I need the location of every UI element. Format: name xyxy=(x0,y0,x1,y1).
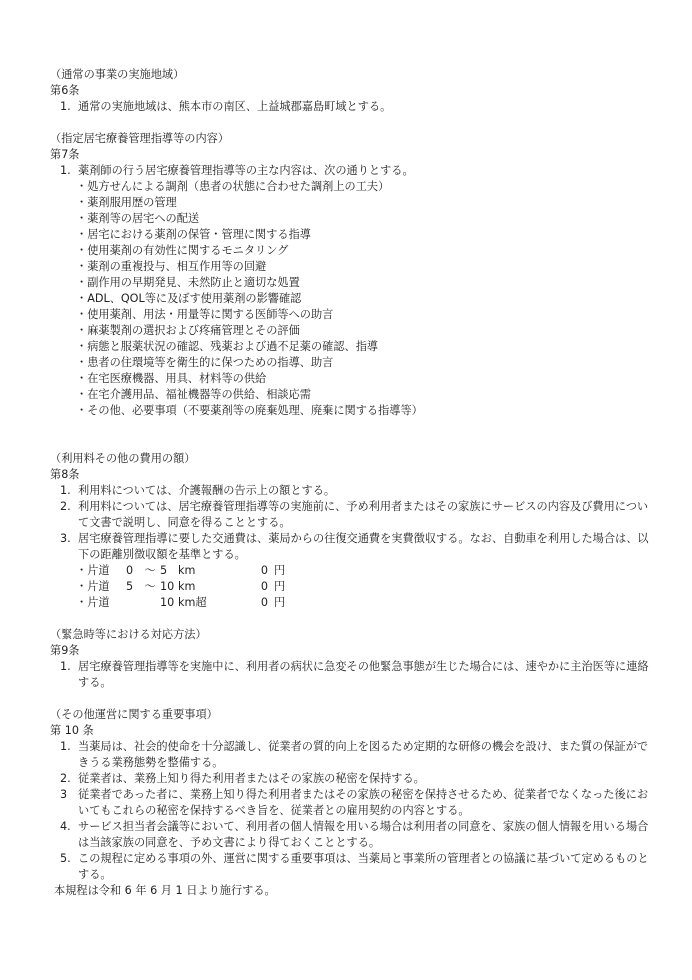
clause-text: この規程に定める事項の外、運営に関する重要事項は、当薬局と事業所の管理者との協議… xyxy=(78,851,650,883)
fee-to: 5 xyxy=(160,563,178,579)
bullet-item: ・使用薬剤、用法・用量等に関する医師等への助言 xyxy=(76,307,650,323)
fee-unit: km超 xyxy=(178,595,238,611)
clause-text: 従業者であった者に、業務上知り得た利用者またはその家族の秘密を保持させるため、従… xyxy=(78,787,650,819)
clause-item: 1. 薬剤師の行う居宅療養管理指導等の主な内容は、次の通りとする。 xyxy=(50,163,650,179)
section-heading: （利用料その他の費用の額） xyxy=(50,451,650,467)
section-heading: （緊急時等における対応方法） xyxy=(50,627,650,643)
fee-label: ・片道 xyxy=(76,563,126,579)
clause-number: 1. xyxy=(60,659,78,691)
clause-item: 2. 利用料については、居宅療養管理指導等の実施前に、予め利用者またはその家族に… xyxy=(50,499,650,531)
bullet-item: ・病態と服薬状況の確認、残薬および過不足薬の確認、指導 xyxy=(76,339,650,355)
clause-number: 1. xyxy=(60,163,78,179)
article-number: 第9条 xyxy=(50,643,650,659)
fee-from: 0 xyxy=(126,563,140,579)
spacer xyxy=(50,611,650,627)
section-article-7: （指定居宅療養管理指導等の内容） 第7条 1. 薬剤師の行う居宅療養管理指導等の… xyxy=(50,131,650,419)
clause-item: 1. 居宅療養管理指導等を実施中に、利用者の病状に急変その他緊急事態が生じた場合… xyxy=(50,659,650,691)
section-article-9: （緊急時等における対応方法） 第9条 1. 居宅療養管理指導等を実施中に、利用者… xyxy=(50,627,650,691)
fee-amount: 0 xyxy=(238,579,274,595)
clause-text: 利用料については、介護報酬の告示上の額とする。 xyxy=(78,483,650,499)
clause-number: 3. xyxy=(60,531,78,563)
clause-number: 1. xyxy=(60,99,78,115)
fee-label: ・片道 xyxy=(76,579,126,595)
fee-unit: km xyxy=(178,579,238,595)
fee-from: 5 xyxy=(126,579,140,595)
clause-number: 1. xyxy=(60,483,78,499)
article-number: 第7条 xyxy=(50,147,650,163)
clause-number: 4. xyxy=(60,819,78,851)
fee-row: ・片道 10 km超 0 円 xyxy=(76,595,650,611)
clause-number: 2. xyxy=(60,499,78,531)
clause-text: 従業者は、業務上知り得た利用者またはその家族の秘密を保持する。 xyxy=(78,771,650,787)
fee-sep: ～ xyxy=(140,579,160,595)
clause-item: 1. 利用料については、介護報酬の告示上の額とする。 xyxy=(50,483,650,499)
spacer xyxy=(50,691,650,707)
distance-fee-table: ・片道 0 ～ 5 km 0 円 ・片道 5 ～ 10 km 0 円 ・片道 xyxy=(50,563,650,611)
fee-to: 10 xyxy=(160,595,178,611)
fee-from xyxy=(126,595,140,611)
section-heading: （指定居宅療養管理指導等の内容） xyxy=(50,131,650,147)
fee-row: ・片道 5 ～ 10 km 0 円 xyxy=(76,579,650,595)
clause-text: 薬剤師の行う居宅療養管理指導等の主な内容は、次の通りとする。 xyxy=(78,163,650,179)
clause-number: 1. xyxy=(60,739,78,771)
clause-item: 1. 当薬局は、社会的使命を十分認識し、従業者の質的向上を図るため定期的な研修の… xyxy=(50,739,650,771)
bullet-item: ・薬剤の重複投与、相互作用等の回避 xyxy=(76,259,650,275)
bullet-item: ・薬剤等の居宅への配送 xyxy=(76,211,650,227)
article-number: 第6条 xyxy=(50,83,650,99)
clause-number: 3 xyxy=(60,787,78,819)
section-article-8: （利用料その他の費用の額） 第8条 1. 利用料については、介護報酬の告示上の額… xyxy=(50,451,650,611)
clause-text: 当薬局は、社会的使命を十分認識し、従業者の質的向上を図るため定期的な研修の機会を… xyxy=(78,739,650,771)
clause-text: 居宅療養管理指導に要した交通費は、薬局からの往復交通費を実費徴収する。なお、自動… xyxy=(78,531,650,563)
spacer xyxy=(50,115,650,131)
clause-item: 2. 従業者は、業務上知り得た利用者またはその家族の秘密を保持する。 xyxy=(50,771,650,787)
article-number: 第8条 xyxy=(50,467,650,483)
bullet-item: ・薬剤服用歴の管理 xyxy=(76,195,650,211)
article-number: 第 10 条 xyxy=(50,723,650,739)
clause-item: 1. 通常の実施地域は、熊本市の南区、上益城郡嘉島町域とする。 xyxy=(50,99,650,115)
section-heading: （その他運営に関する重要事項） xyxy=(50,707,650,723)
section-article-10: （その他運営に関する重要事項） 第 10 条 1. 当薬局は、社会的使命を十分認… xyxy=(50,707,650,883)
bullet-item: ・麻薬製剤の選択および疼痛管理とその評価 xyxy=(76,323,650,339)
spacer xyxy=(50,419,650,451)
clause-number: 5. xyxy=(60,851,78,883)
bullet-item: ・使用薬剤の有効性に関するモニタリング xyxy=(76,243,650,259)
fee-unit: km xyxy=(178,563,238,579)
bullet-item: ・処方せんによる調剤（患者の状態に合わせた調剤上の工夫） xyxy=(76,179,650,195)
bullet-item: ・その他、必要事項（不要薬剤等の廃棄処理、廃棄に関する指導等） xyxy=(76,403,650,419)
fee-amount: 0 xyxy=(238,563,274,579)
bullet-item: ・患者の住環境等を衛生的に保つための指導、助言 xyxy=(76,355,650,371)
document-page: （通常の事業の実施地域） 第6条 1. 通常の実施地域は、熊本市の南区、上益城郡… xyxy=(50,67,650,899)
clause-item: 4. サービス担当者会議等において、利用者の個人情報を用いる場合は利用者の同意を… xyxy=(50,819,650,851)
clause-number: 2. xyxy=(60,771,78,787)
clause-item: 3 従業者であった者に、業務上知り得た利用者またはその家族の秘密を保持させるため… xyxy=(50,787,650,819)
effective-date-statement: 本規程は令和 6 年 6 月 1 日より施行する。 xyxy=(50,883,650,899)
clause-item: 3. 居宅療養管理指導に要した交通費は、薬局からの往復交通費を実費徴収する。なお… xyxy=(50,531,650,563)
clause-text: 居宅療養管理指導等を実施中に、利用者の病状に急変その他緊急事態が生じた場合には、… xyxy=(78,659,650,691)
fee-currency: 円 xyxy=(274,579,285,595)
fee-currency: 円 xyxy=(274,595,285,611)
bullet-item: ・在宅介護用品、福祉機器等の供給、相談応需 xyxy=(76,387,650,403)
bullet-list: ・処方せんによる調剤（患者の状態に合わせた調剤上の工夫） ・薬剤服用歴の管理 ・… xyxy=(50,179,650,419)
fee-sep: ～ xyxy=(140,563,160,579)
section-heading: （通常の事業の実施地域） xyxy=(50,67,650,83)
bullet-item: ・在宅医療機器、用具、材料等の供給 xyxy=(76,371,650,387)
fee-amount: 0 xyxy=(238,595,274,611)
clause-item: 5. この規程に定める事項の外、運営に関する重要事項は、当薬局と事業所の管理者と… xyxy=(50,851,650,883)
fee-to: 10 xyxy=(160,579,178,595)
fee-row: ・片道 0 ～ 5 km 0 円 xyxy=(76,563,650,579)
fee-currency: 円 xyxy=(274,563,285,579)
bullet-item: ・居宅における薬剤の保管・管理に関する指導 xyxy=(76,227,650,243)
clause-text: 利用料については、居宅療養管理指導等の実施前に、予め利用者またはその家族にサービ… xyxy=(78,499,650,531)
clause-text: 通常の実施地域は、熊本市の南区、上益城郡嘉島町域とする。 xyxy=(78,99,650,115)
clause-text: サービス担当者会議等において、利用者の個人情報を用いる場合は利用者の同意を、家族… xyxy=(78,819,650,851)
fee-sep xyxy=(140,595,160,611)
fee-label: ・片道 xyxy=(76,595,126,611)
bullet-item: ・副作用の早期発見、未然防止と適切な処置 xyxy=(76,275,650,291)
section-article-6: （通常の事業の実施地域） 第6条 1. 通常の実施地域は、熊本市の南区、上益城郡… xyxy=(50,67,650,115)
bullet-item: ・ADL、QOL等に及ぼす使用薬剤の影響確認 xyxy=(76,291,650,307)
